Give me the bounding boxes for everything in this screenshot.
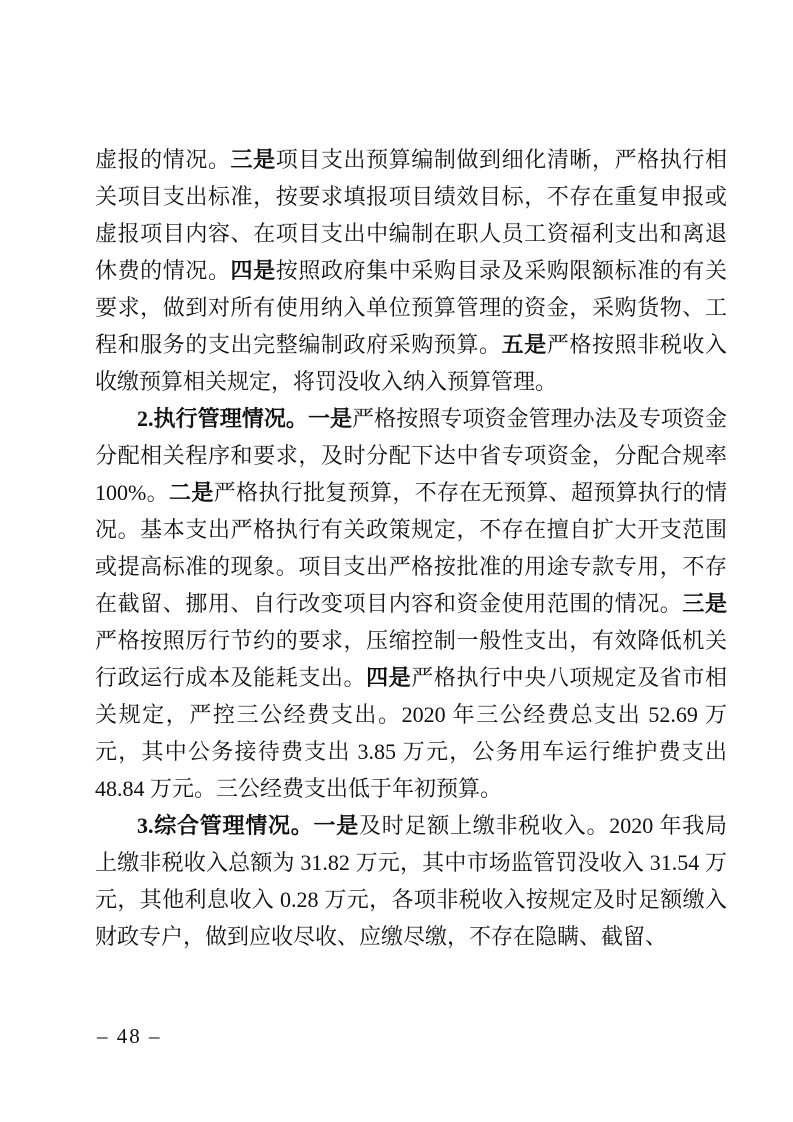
emphasis-marker-fourth: 四是 <box>366 665 411 690</box>
paragraph-budget-compilation: 虚报的情况。三是项目支出预算编制做到细化清晰，严格执行相关项目支出标准，按要求填… <box>95 141 727 400</box>
emphasis-marker-third: 三是 <box>682 591 727 616</box>
paragraph-comprehensive-management: 3.综合管理情况。一是及时足额上缴非税收入。2020 年我局上缴非税收入总额为 … <box>95 807 727 955</box>
body-text: 虚报的情况。 <box>95 147 231 172</box>
document-page: 虚报的情况。三是项目支出预算编制做到细化清晰，严格执行相关项目支出标准，按要求填… <box>0 0 793 1122</box>
emphasis-marker-second: 二是 <box>169 480 214 505</box>
paragraph-execution-management: 2.执行管理情况。一是严格按照专项资金管理办法及专项资金分配相关程序和要求，及时… <box>95 400 727 807</box>
page-number: – 48 – <box>97 1024 162 1048</box>
report-body: 虚报的情况。三是项目支出预算编制做到细化清晰，严格执行相关项目支出标准，按要求填… <box>95 141 727 955</box>
emphasis-marker-fourth: 四是 <box>231 258 276 283</box>
section-heading-execution: 2.执行管理情况。一是 <box>137 406 352 431</box>
emphasis-marker-fifth: 五是 <box>502 332 547 357</box>
page-footer: – 48 – <box>97 1022 162 1050</box>
section-heading-comprehensive: 3.综合管理情况。一是 <box>137 813 359 838</box>
emphasis-marker-third: 三是 <box>231 147 276 172</box>
